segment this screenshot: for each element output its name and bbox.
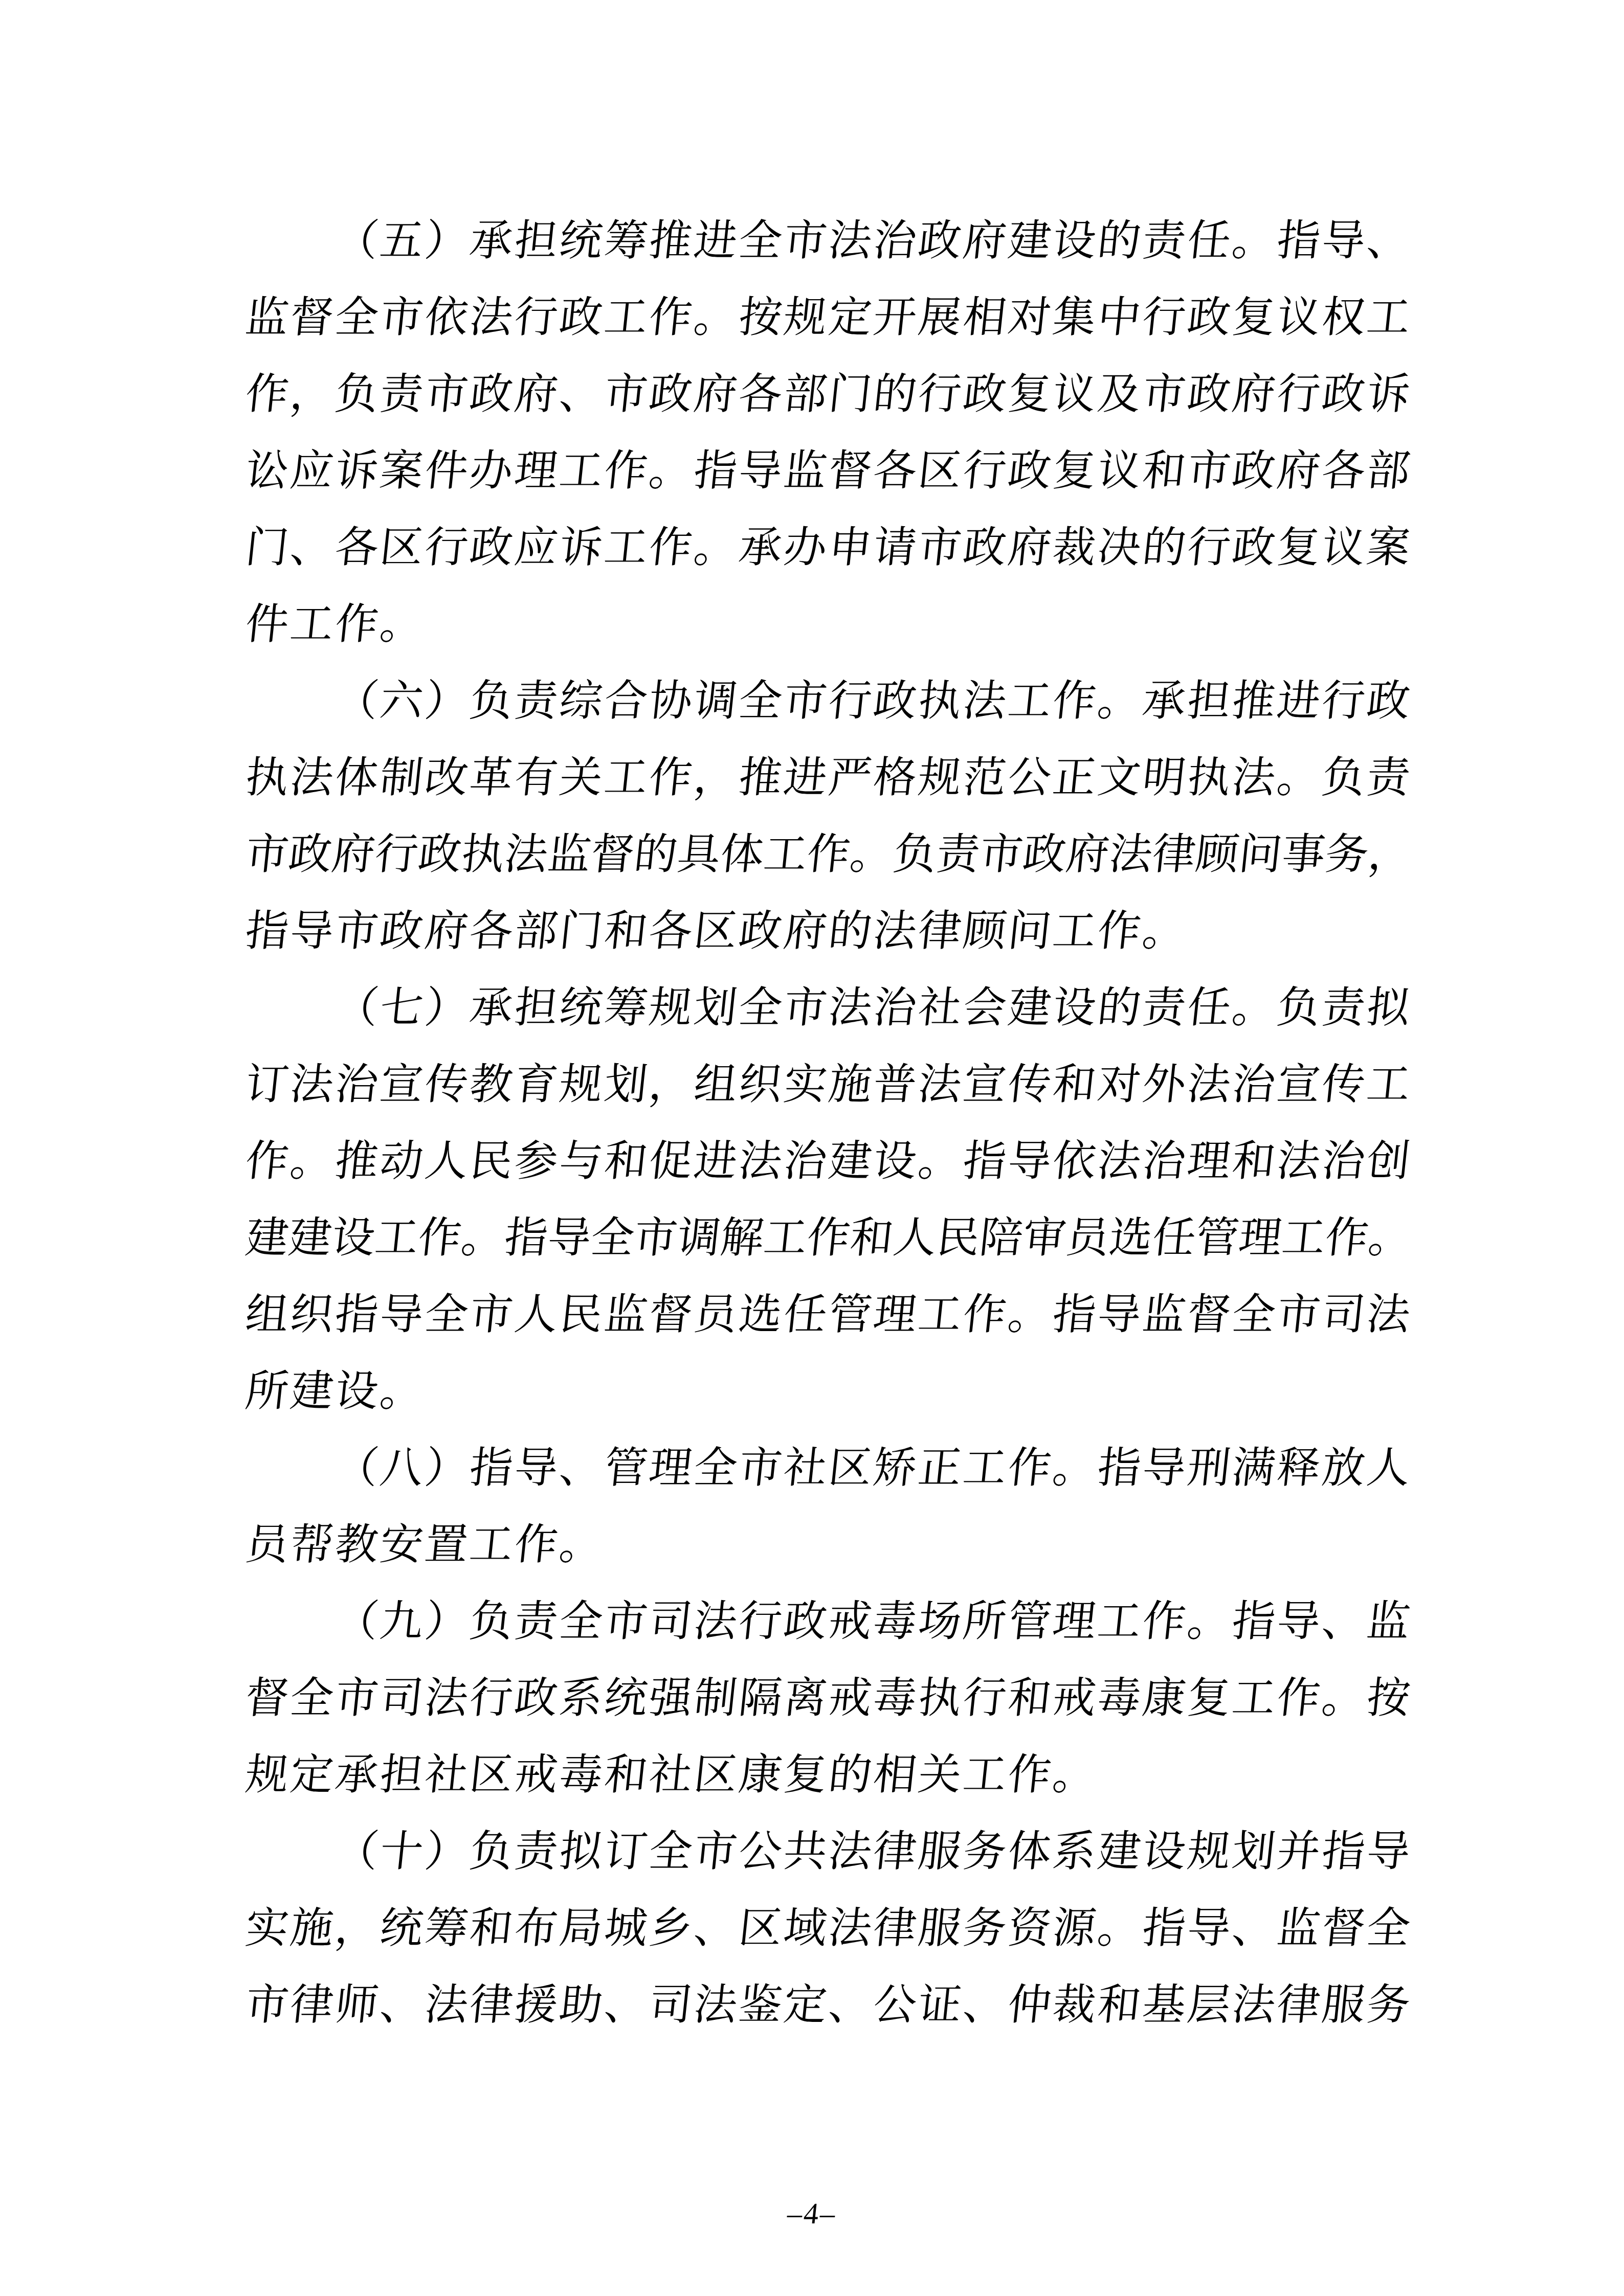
text-line: 市律师、法律援助、司法鉴定、公证、仲裁和基层法律服务 bbox=[241, 1967, 1416, 2044]
text-line: 实施，统筹和布局城乡、区域法律服务资源。指导、监督全 bbox=[241, 1890, 1416, 1967]
text-line: 市政府行政执法监督的具体工作。负责市政府法律顾问事务， bbox=[241, 817, 1416, 893]
text-line: （八）指导、管理全市社区矫正工作。指导刑满释放人 bbox=[241, 1430, 1416, 1507]
text-line: （六）负责综合协调全市行政执法工作。承担推进行政 bbox=[241, 663, 1416, 740]
text-line: 作，负责市政府、市政府各部门的行政复议及市政府行政诉 bbox=[241, 356, 1416, 433]
paragraph-item-7: （七）承担统筹规划全市法治社会建设的责任。负责拟订法治宣传教育规划，组织实施普法… bbox=[246, 970, 1412, 1430]
text-line: 组织指导全市人民监督员选任管理工作。指导监督全市司法 bbox=[241, 1277, 1416, 1354]
text-line: 督全市司法行政系统强制隔离戒毒执行和戒毒康复工作。按 bbox=[241, 1660, 1416, 1737]
text-line: 门、各区行政应诉工作。承办申请市政府裁决的行政复议案 bbox=[241, 510, 1416, 587]
text-line: （九）负责全市司法行政戒毒场所管理工作。指导、监 bbox=[241, 1584, 1416, 1660]
text-line: 监督全市依法行政工作。按规定开展相对集中行政复议权工 bbox=[241, 280, 1416, 356]
text-line: 执法体制改革有关工作，推进严格规范公正文明执法。负责 bbox=[241, 740, 1416, 817]
paragraph-item-6: （六）负责综合协调全市行政执法工作。承担推进行政执法体制改革有关工作，推进严格规… bbox=[246, 663, 1412, 970]
text-line: 作。推动人民参与和促进法治建设。指导依法治理和法治创 bbox=[241, 1123, 1416, 1200]
text-line: 员帮教安置工作。 bbox=[241, 1507, 1416, 1584]
paragraph-item-10: （十）负责拟订全市公共法律服务体系建设规划并指导实施，统筹和布局城乡、区域法律服… bbox=[246, 1814, 1412, 2044]
paragraph-item-8: （八）指导、管理全市社区矫正工作。指导刑满释放人员帮教安置工作。 bbox=[246, 1430, 1412, 1584]
text-line: 所建设。 bbox=[241, 1354, 1416, 1430]
document-body: （五）承担统筹推进全市法治政府建设的责任。指导、监督全市依法行政工作。按规定开展… bbox=[246, 203, 1412, 2044]
text-line: 讼应诉案件办理工作。指导监督各区行政复议和市政府各部 bbox=[241, 433, 1416, 510]
text-line: （七）承担统筹规划全市法治社会建设的责任。负责拟 bbox=[241, 970, 1416, 1047]
text-line: （五）承担统筹推进全市法治政府建设的责任。指导、 bbox=[241, 203, 1416, 280]
paragraph-item-9: （九）负责全市司法行政戒毒场所管理工作。指导、监督全市司法行政系统强制隔离戒毒执… bbox=[246, 1584, 1412, 1814]
text-line: 规定承担社区戒毒和社区康复的相关工作。 bbox=[241, 1737, 1416, 1814]
document-page: （五）承担统筹推进全市法治政府建设的责任。指导、监督全市依法行政工作。按规定开展… bbox=[0, 0, 1624, 2296]
text-line: 件工作。 bbox=[241, 587, 1416, 663]
text-line: 指导市政府各部门和各区政府的法律顾问工作。 bbox=[241, 893, 1416, 970]
page-number: –4– bbox=[0, 2198, 1624, 2230]
text-line: 建建设工作。指导全市调解工作和人民陪审员选任管理工作。 bbox=[241, 1200, 1416, 1277]
text-line: 订法治宣传教育规划，组织实施普法宣传和对外法治宣传工 bbox=[241, 1047, 1416, 1123]
text-line: （十）负责拟订全市公共法律服务体系建设规划并指导 bbox=[241, 1814, 1416, 1890]
paragraph-item-5: （五）承担统筹推进全市法治政府建设的责任。指导、监督全市依法行政工作。按规定开展… bbox=[246, 203, 1412, 663]
